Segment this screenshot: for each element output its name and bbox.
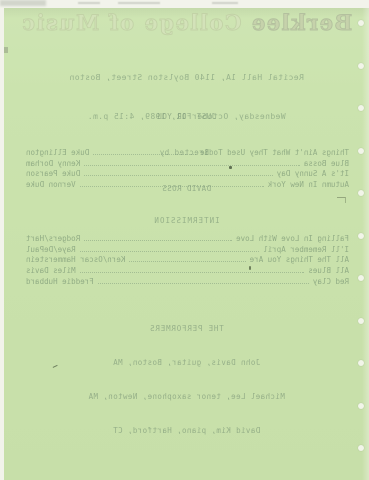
song-composer: Vernon Duke bbox=[26, 180, 76, 189]
song-title: I'll Remember April bbox=[263, 245, 349, 254]
school-title: Berklee College of Music bbox=[4, 9, 369, 36]
program-row: Things Ain't What They Used To Be Duke E… bbox=[26, 146, 349, 157]
binder-hole bbox=[358, 105, 364, 111]
school-title-rest: College of Music bbox=[21, 10, 251, 35]
scan-artifact-dash bbox=[118, 2, 160, 4]
binder-hole bbox=[358, 190, 364, 196]
song-title: Blue Bossa bbox=[304, 159, 349, 168]
dotted-leader bbox=[80, 272, 305, 273]
binder-hole bbox=[358, 445, 364, 451]
song-title: All Blues bbox=[308, 266, 349, 275]
song-title: All The Things You Are bbox=[250, 255, 349, 264]
scan-artifact-dash bbox=[78, 2, 100, 4]
performer-line: David Kim, piano, Hartford, CT bbox=[4, 425, 369, 436]
dotted-leader bbox=[84, 165, 300, 166]
performer-line: Michael Lee, tenor saxophone, Newton, MA bbox=[4, 391, 369, 402]
school-title-word1: Berklee bbox=[250, 10, 352, 35]
song-composer: Duke Ellington bbox=[26, 148, 89, 157]
song-title: Autumn In New York bbox=[268, 180, 349, 189]
program-row: All The Things You Are Kern/Oscar Hammer… bbox=[26, 254, 349, 265]
performers-heading: THE PERFORMERS bbox=[4, 323, 369, 334]
song-composer: Raye/DePaul bbox=[26, 245, 76, 254]
dotted-leader bbox=[129, 261, 245, 262]
dotted-leader bbox=[80, 251, 260, 252]
intermission-heading: INTERMISSION bbox=[4, 214, 369, 227]
binder-hole bbox=[358, 63, 364, 69]
program-section-2: Falling In Love With Love Rodgers/Hart I… bbox=[26, 232, 349, 286]
song-composer: Duke Pearson bbox=[26, 169, 80, 178]
program-row: Blue Bossa Kenny Dorham bbox=[26, 157, 349, 168]
mirrored-bleedthrough-text: Berklee College of Music Recital Hall 1A… bbox=[4, 8, 369, 480]
binder-hole bbox=[358, 318, 364, 324]
ink-speck bbox=[229, 166, 232, 169]
performer-line: John Davis, guitar, Boston, MA bbox=[4, 357, 369, 368]
song-composer: Miles Davis bbox=[26, 266, 76, 275]
performers-block: THE PERFORMERS John Davis, guitar, Bosto… bbox=[4, 300, 369, 459]
scanned-program-page: Berklee College of Music Recital Hall 1A… bbox=[0, 0, 369, 480]
binder-hole bbox=[358, 148, 364, 154]
program-row: All Blues Miles Davis bbox=[26, 264, 349, 275]
scan-edge-mark bbox=[4, 47, 8, 53]
binder-hole bbox=[358, 20, 364, 26]
dotted-leader bbox=[84, 240, 232, 241]
song-composer: Freddie Hubbard bbox=[26, 277, 94, 286]
song-composer: Kenny Dorham bbox=[26, 159, 80, 168]
ink-speck bbox=[337, 197, 346, 203]
program-row: It's A Sunny Day Duke Pearson bbox=[26, 168, 349, 179]
dotted-leader bbox=[93, 154, 196, 155]
scan-smudge bbox=[0, 0, 46, 6]
program-row: Red Clay Freddie Hubbard bbox=[26, 275, 349, 286]
song-title: Things Ain't What They Used To Be bbox=[200, 148, 349, 157]
binder-hole bbox=[358, 275, 364, 281]
song-title: Falling In Love With Love bbox=[236, 234, 349, 243]
venue-line: Recital Hall 1A, 1140 Boylston Street, B… bbox=[4, 71, 369, 84]
scan-artifact-dash bbox=[212, 2, 238, 4]
binder-hole bbox=[358, 360, 364, 366]
program-row: Falling In Love With Love Rodgers/Hart bbox=[26, 232, 349, 243]
song-composer: Kern/Oscar Hammerstein bbox=[26, 255, 125, 264]
binder-hole bbox=[358, 233, 364, 239]
dotted-leader bbox=[84, 175, 273, 176]
dotted-leader bbox=[80, 186, 264, 187]
program-section-1: Things Ain't What They Used To Be Duke E… bbox=[26, 146, 349, 189]
program-row: I'll Remember April Raye/DePaul bbox=[26, 243, 349, 254]
binder-hole bbox=[358, 403, 364, 409]
green-paper-sheet: Berklee College of Music Recital Hall 1A… bbox=[4, 8, 369, 480]
ink-speck bbox=[249, 266, 251, 270]
dotted-leader bbox=[98, 283, 309, 284]
song-title: It's A Sunny Day bbox=[277, 169, 349, 178]
concert-title: JUST FOR YOU bbox=[4, 111, 369, 123]
song-title: Red Clay bbox=[313, 277, 349, 286]
program-row: Autumn In New York Vernon Duke bbox=[26, 178, 349, 189]
song-composer: Rodgers/Hart bbox=[26, 234, 80, 243]
